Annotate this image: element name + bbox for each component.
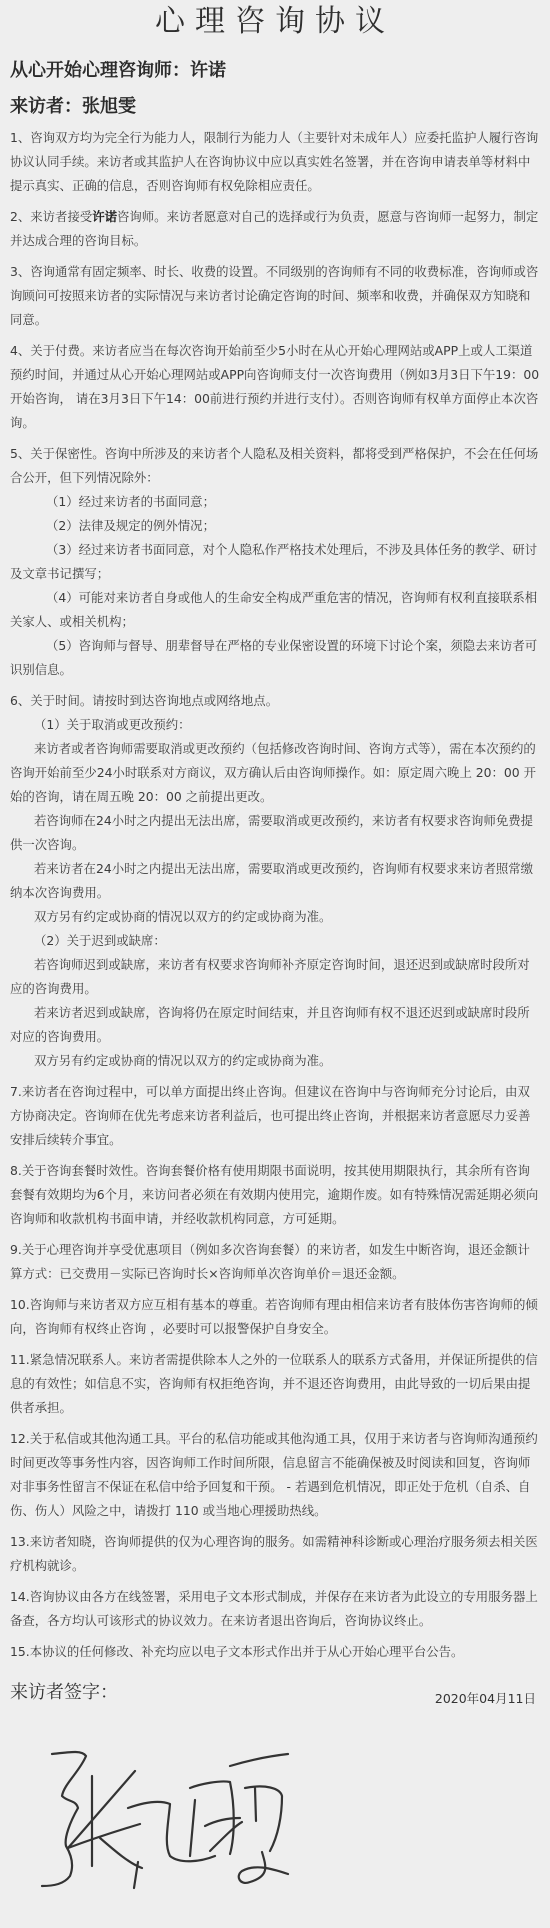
clause-7: 7.来访者在咨询过程中，可以单方面提出终止咨询。但建议在咨询中与咨询师充分讨论后… (10, 1080, 540, 1152)
clause-6-sub1-text: 双方另有约定或协商的情况以双方的约定或协商为准。 (10, 905, 540, 929)
clause-5-intro: 5、关于保密性。咨询中所涉及的来访者个人隐私及相关资料，都将受到严格保护，不会在… (10, 442, 540, 490)
clause-6-sub2-text: 双方另有约定或协商的情况以双方的约定或协商为准。 (10, 1049, 540, 1073)
clause-1: 1、咨询双方均为完全行为能力人，限制行为能力人（主要针对未成年人）应委托监护人履… (10, 126, 540, 198)
clause-5-item: （3）经过来访者书面同意，对个人隐私作严格技术处理后，不涉及具体任务的教学、研讨… (10, 538, 540, 586)
clause-9: 9.关于心理咨询并享受优惠项目（例如多次咨询套餐）的来访者，如发生中断咨询，退还… (10, 1238, 540, 1286)
clause-5-item: （4）可能对来访者自身或他人的生命安全构成严重危害的情况，咨询师有权利直接联系相… (10, 586, 540, 634)
clause-2: 2、来访者接受许诺咨询师。来访者愿意对自己的选择或行为负责，愿意与咨询师一起努力… (10, 205, 540, 253)
clause-2-prefix: 2、来访者接受 (10, 209, 92, 224)
clause-10: 10.咨询师与来访者双方应互相有基本的尊重。若咨询师有理由相信来访者有肢体伤害咨… (10, 1293, 540, 1341)
counselor-name-inline: 许诺 (92, 209, 117, 224)
agreement-body: 1、咨询双方均为完全行为能力人，限制行为能力人（主要针对未成年人）应委托监护人履… (0, 126, 550, 1664)
clause-6-sub1-title: （1）关于取消或更改预约： (10, 713, 540, 737)
clause-6-sub2-text: 若咨询师迟到或缺席，来访者有权要求咨询师补齐原定咨询时间，退还迟到或缺席时段所对… (10, 953, 540, 1001)
counselor-name: 许诺 (190, 60, 226, 81)
clause-12: 12.关于私信或其他沟通工具。平台的私信功能或其他沟通工具，仅用于来访者与咨询师… (10, 1427, 540, 1523)
clause-5-item: （2）法律及规定的例外情况； (10, 514, 540, 538)
clause-6-intro: 6、关于时间。请按时到达咨询地点或网络地点。 (10, 689, 540, 713)
handwritten-signature-image (30, 1726, 290, 1896)
clause-6-sub1-text: 来访者或者咨询师需要取消或更改预约（包括修改咨询时间、咨询方式等），需在本次预约… (10, 737, 540, 809)
clause-15: 15.本协议的任何修改、补充均应以电子文本形式作出并于从心开始心理平台公告。 (10, 1640, 540, 1664)
clause-6-sub2-text: 若来访者迟到或缺席，咨询将仍在原定时间结束，并且咨询师有权不退还迟到或缺席时段所… (10, 1001, 540, 1049)
clause-6-sub2-title: （2）关于迟到或缺席： (10, 929, 540, 953)
clause-5: 5、关于保密性。咨询中所涉及的来访者个人隐私及相关资料，都将受到严格保护，不会在… (10, 442, 540, 682)
counselor-line: 从心开始心理咨询师：许诺 (10, 54, 540, 88)
signature-date: 2020年04月11日 (435, 1689, 536, 1707)
clause-6: 6、关于时间。请按时到达咨询地点或网络地点。 （1）关于取消或更改预约： 来访者… (10, 689, 540, 1073)
visitor-label: 来访者： (10, 96, 82, 117)
clause-6-sub1-text: 若来访者在24小时之内提出无法出席，需要取消或更改预约，咨询师有权要求来访者照常… (10, 857, 540, 905)
clause-13: 13.来访者知晓，咨询师提供的仅为心理咨询的服务。如需精神科诊断或心理治疗服务须… (10, 1530, 540, 1578)
signature-area (0, 1708, 550, 1928)
clause-5-item: （5）咨询师与督导、朋辈督导在严格的专业保密设置的环境下讨论个案，须隐去来访者可… (10, 634, 540, 682)
clause-5-item: （1）经过来访者的书面同意； (10, 490, 540, 514)
clause-3: 3、咨询通常有固定频率、时长、收费的设置。不同级别的咨询师有不同的收费标准，咨询… (10, 260, 540, 332)
page-title: 心理咨询协议 (0, 0, 550, 44)
clause-11: 11.紧急情况联系人。来访者需提供除本人之外的一位联系人的联系方式备用，并保证所… (10, 1348, 540, 1420)
clause-8: 8.关于咨询套餐时效性。咨询套餐价格有使用期限书面说明，按其使用期限执行，其余所… (10, 1159, 540, 1231)
visitor-line: 来访者：张旭雯 (10, 88, 540, 126)
counselor-label: 从心开始心理咨询师： (10, 60, 190, 81)
clause-4: 4、关于付费。来访者应当在每次咨询开始前至少5小时在从心开始心理网站或APP上或… (10, 339, 540, 435)
clause-6-sub1-text: 若咨询师在24小时之内提出无法出席，需要取消或更改预约，来访者有权要求咨询师免费… (10, 809, 540, 857)
clause-14: 14.咨询协议由各方在线签署，采用电子文本形式制成，并保存在来访者为此设立的专用… (10, 1585, 540, 1633)
visitor-name: 张旭雯 (82, 96, 136, 117)
